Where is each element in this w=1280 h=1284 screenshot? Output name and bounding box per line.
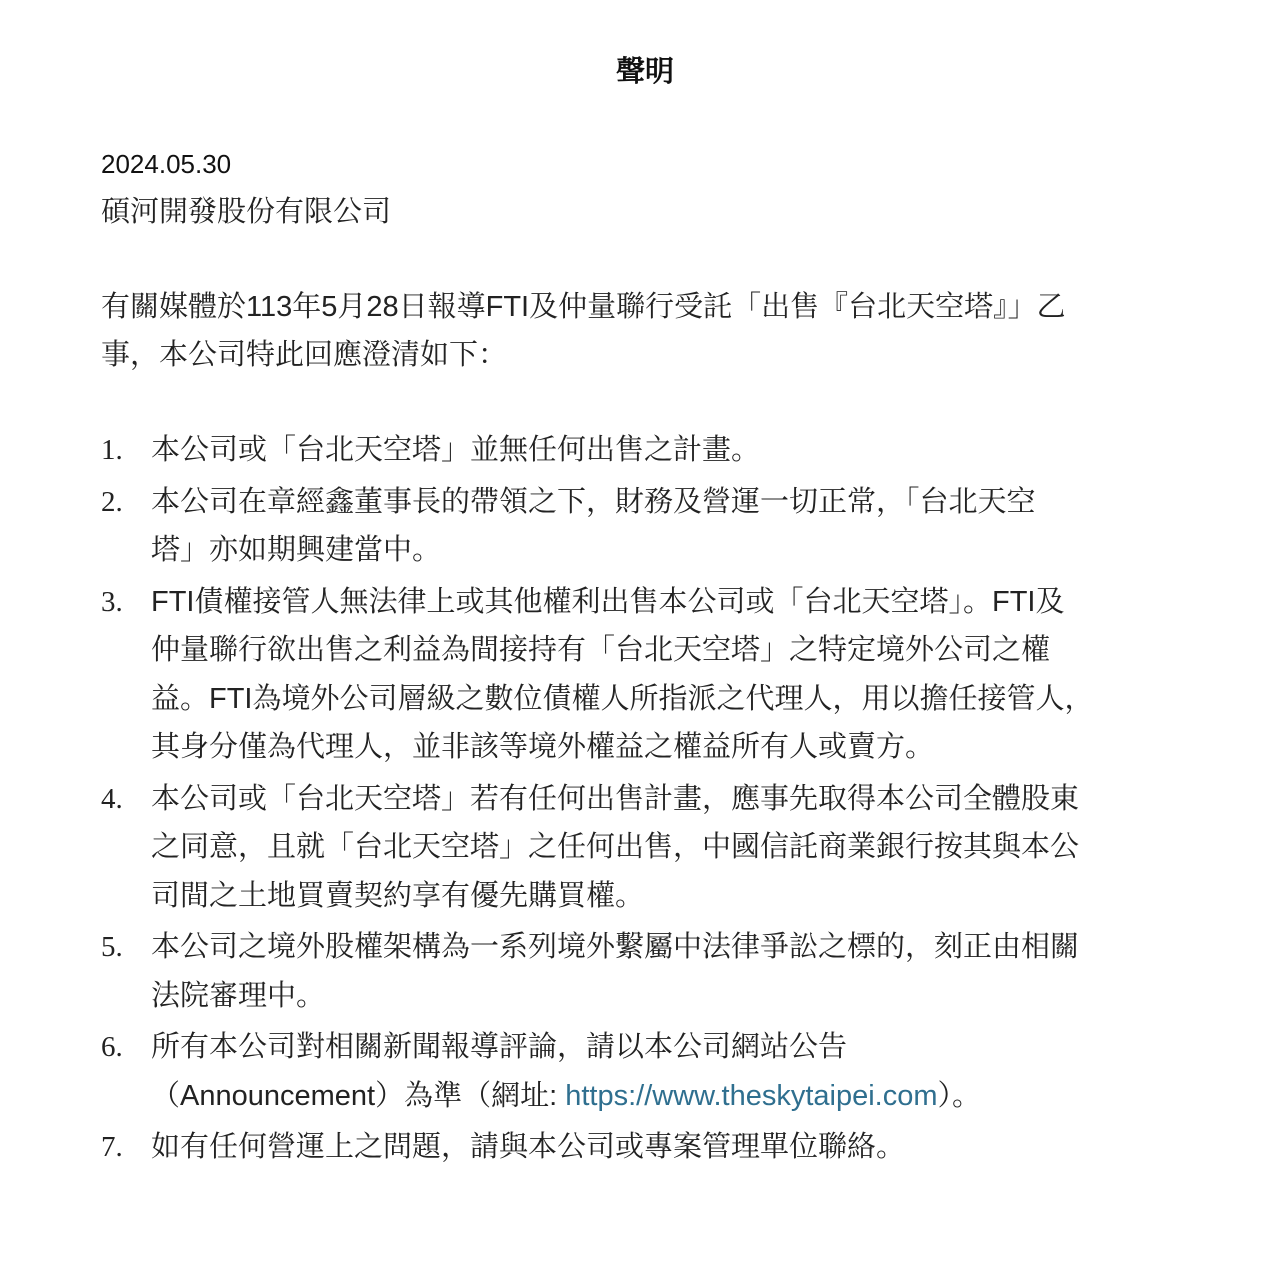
website-link[interactable]: https://www.theskytaipei.com [565, 1080, 937, 1112]
company-name: 碩河開發股份有限公司 [101, 192, 391, 232]
clarification-list: 1. 本公司或「台北天空塔」並無任何出售之計畫。 2. 本公司在章經鑫董事長的帶… [101, 426, 1191, 1175]
item-line: 益。FTI為境外公司層級之數位債權人所指派之代理人，用以擔任接管人， [151, 675, 1191, 724]
item-text: 本公司或「台北天空塔」若有任何出售計畫，應事先取得本公司全體股東 之同意，且就「… [151, 775, 1191, 921]
intro-line-2: 事，本公司特此回應澄清如下： [101, 331, 1181, 379]
item-number: 2. [101, 478, 151, 527]
item-line: 本公司或「台北天空塔」並無任何出售之計畫。 [151, 426, 1191, 475]
item-line: 其身分僅為代理人，並非該等境外權益之權益所有人或賣方。 [151, 723, 1191, 772]
item-text: 所有本公司對相關新聞報導評論，請以本公司網站公告 （Announcement）為… [151, 1023, 1191, 1120]
item-line: （Announcement）為準（網址: https://www.theskyt… [151, 1072, 1191, 1121]
item-line: 塔」亦如期興建當中。 [151, 526, 1191, 575]
list-item-7: 7. 如有任何營運上之問題，請與本公司或專案管理單位聯絡。 [101, 1123, 1191, 1172]
list-item-3: 3. FTI債權接管人無法律上或其他權利出售本公司或「台北天空塔」。FTI及 仲… [101, 578, 1191, 772]
item-line: 本公司在章經鑫董事長的帶領之下，財務及營運一切正常，「台北天空 [151, 478, 1191, 527]
list-item-2: 2. 本公司在章經鑫董事長的帶領之下，財務及營運一切正常，「台北天空 塔」亦如期… [101, 478, 1191, 575]
list-item-4: 4. 本公司或「台北天空塔」若有任何出售計畫，應事先取得本公司全體股東 之同意，… [101, 775, 1191, 921]
item-text: 本公司之境外股權架構為一系列境外繫屬中法律爭訟之標的，刻正由相關 法院審理中。 [151, 923, 1191, 1020]
item-line: 仲量聯行欲出售之利益為間接持有「台北天空塔」之特定境外公司之權 [151, 626, 1191, 675]
statement-date: 2024.05.30 [101, 146, 231, 182]
item-number: 3. [101, 578, 151, 627]
item-number: 4. [101, 775, 151, 824]
item-line: FTI債權接管人無法律上或其他權利出售本公司或「台北天空塔」。FTI及 [151, 578, 1191, 627]
page-title: 聲明 [0, 50, 1280, 94]
item-line: 法院審理中。 [151, 972, 1191, 1021]
list-item-5: 5. 本公司之境外股權架構為一系列境外繫屬中法律爭訟之標的，刻正由相關 法院審理… [101, 923, 1191, 1020]
item-text: FTI債權接管人無法律上或其他權利出售本公司或「台北天空塔」。FTI及 仲量聯行… [151, 578, 1191, 772]
item-line: 本公司或「台北天空塔」若有任何出售計畫，應事先取得本公司全體股東 [151, 775, 1191, 824]
item-number: 5. [101, 923, 151, 972]
closing-paren: ）。 [938, 1080, 982, 1112]
item-line: 本公司之境外股權架構為一系列境外繫屬中法律爭訟之標的，刻正由相關 [151, 923, 1191, 972]
item-line: 如有任何營運上之問題，請與本公司或專案管理單位聯絡。 [151, 1123, 1191, 1172]
item-text: 本公司在章經鑫董事長的帶領之下，財務及營運一切正常，「台北天空 塔」亦如期興建當… [151, 478, 1191, 575]
intro-line-1: 有關媒體於113年5月28日報導FTI及仲量聯行受託「出售『台北天空塔』」乙 [101, 283, 1181, 331]
intro-paragraph: 有關媒體於113年5月28日報導FTI及仲量聯行受託「出售『台北天空塔』」乙 事… [101, 283, 1181, 379]
item-line: 之同意，且就「台北天空塔」之任何出售，中國信託商業銀行按其與本公 [151, 823, 1191, 872]
item-line: 司間之土地買賣契約享有優先購買權。 [151, 872, 1191, 921]
item-text: 本公司或「台北天空塔」並無任何出售之計畫。 [151, 426, 1191, 475]
item-number: 6. [101, 1023, 151, 1072]
item-number: 1. [101, 426, 151, 475]
item-number: 7. [101, 1123, 151, 1172]
list-item-6: 6. 所有本公司對相關新聞報導評論，請以本公司網站公告 （Announcemen… [101, 1023, 1191, 1120]
item-text: 如有任何營運上之問題，請與本公司或專案管理單位聯絡。 [151, 1123, 1191, 1172]
announcement-label: （Announcement）為準（網址: [151, 1080, 565, 1112]
item-line: 所有本公司對相關新聞報導評論，請以本公司網站公告 [151, 1023, 1191, 1072]
list-item-1: 1. 本公司或「台北天空塔」並無任何出售之計畫。 [101, 426, 1191, 475]
